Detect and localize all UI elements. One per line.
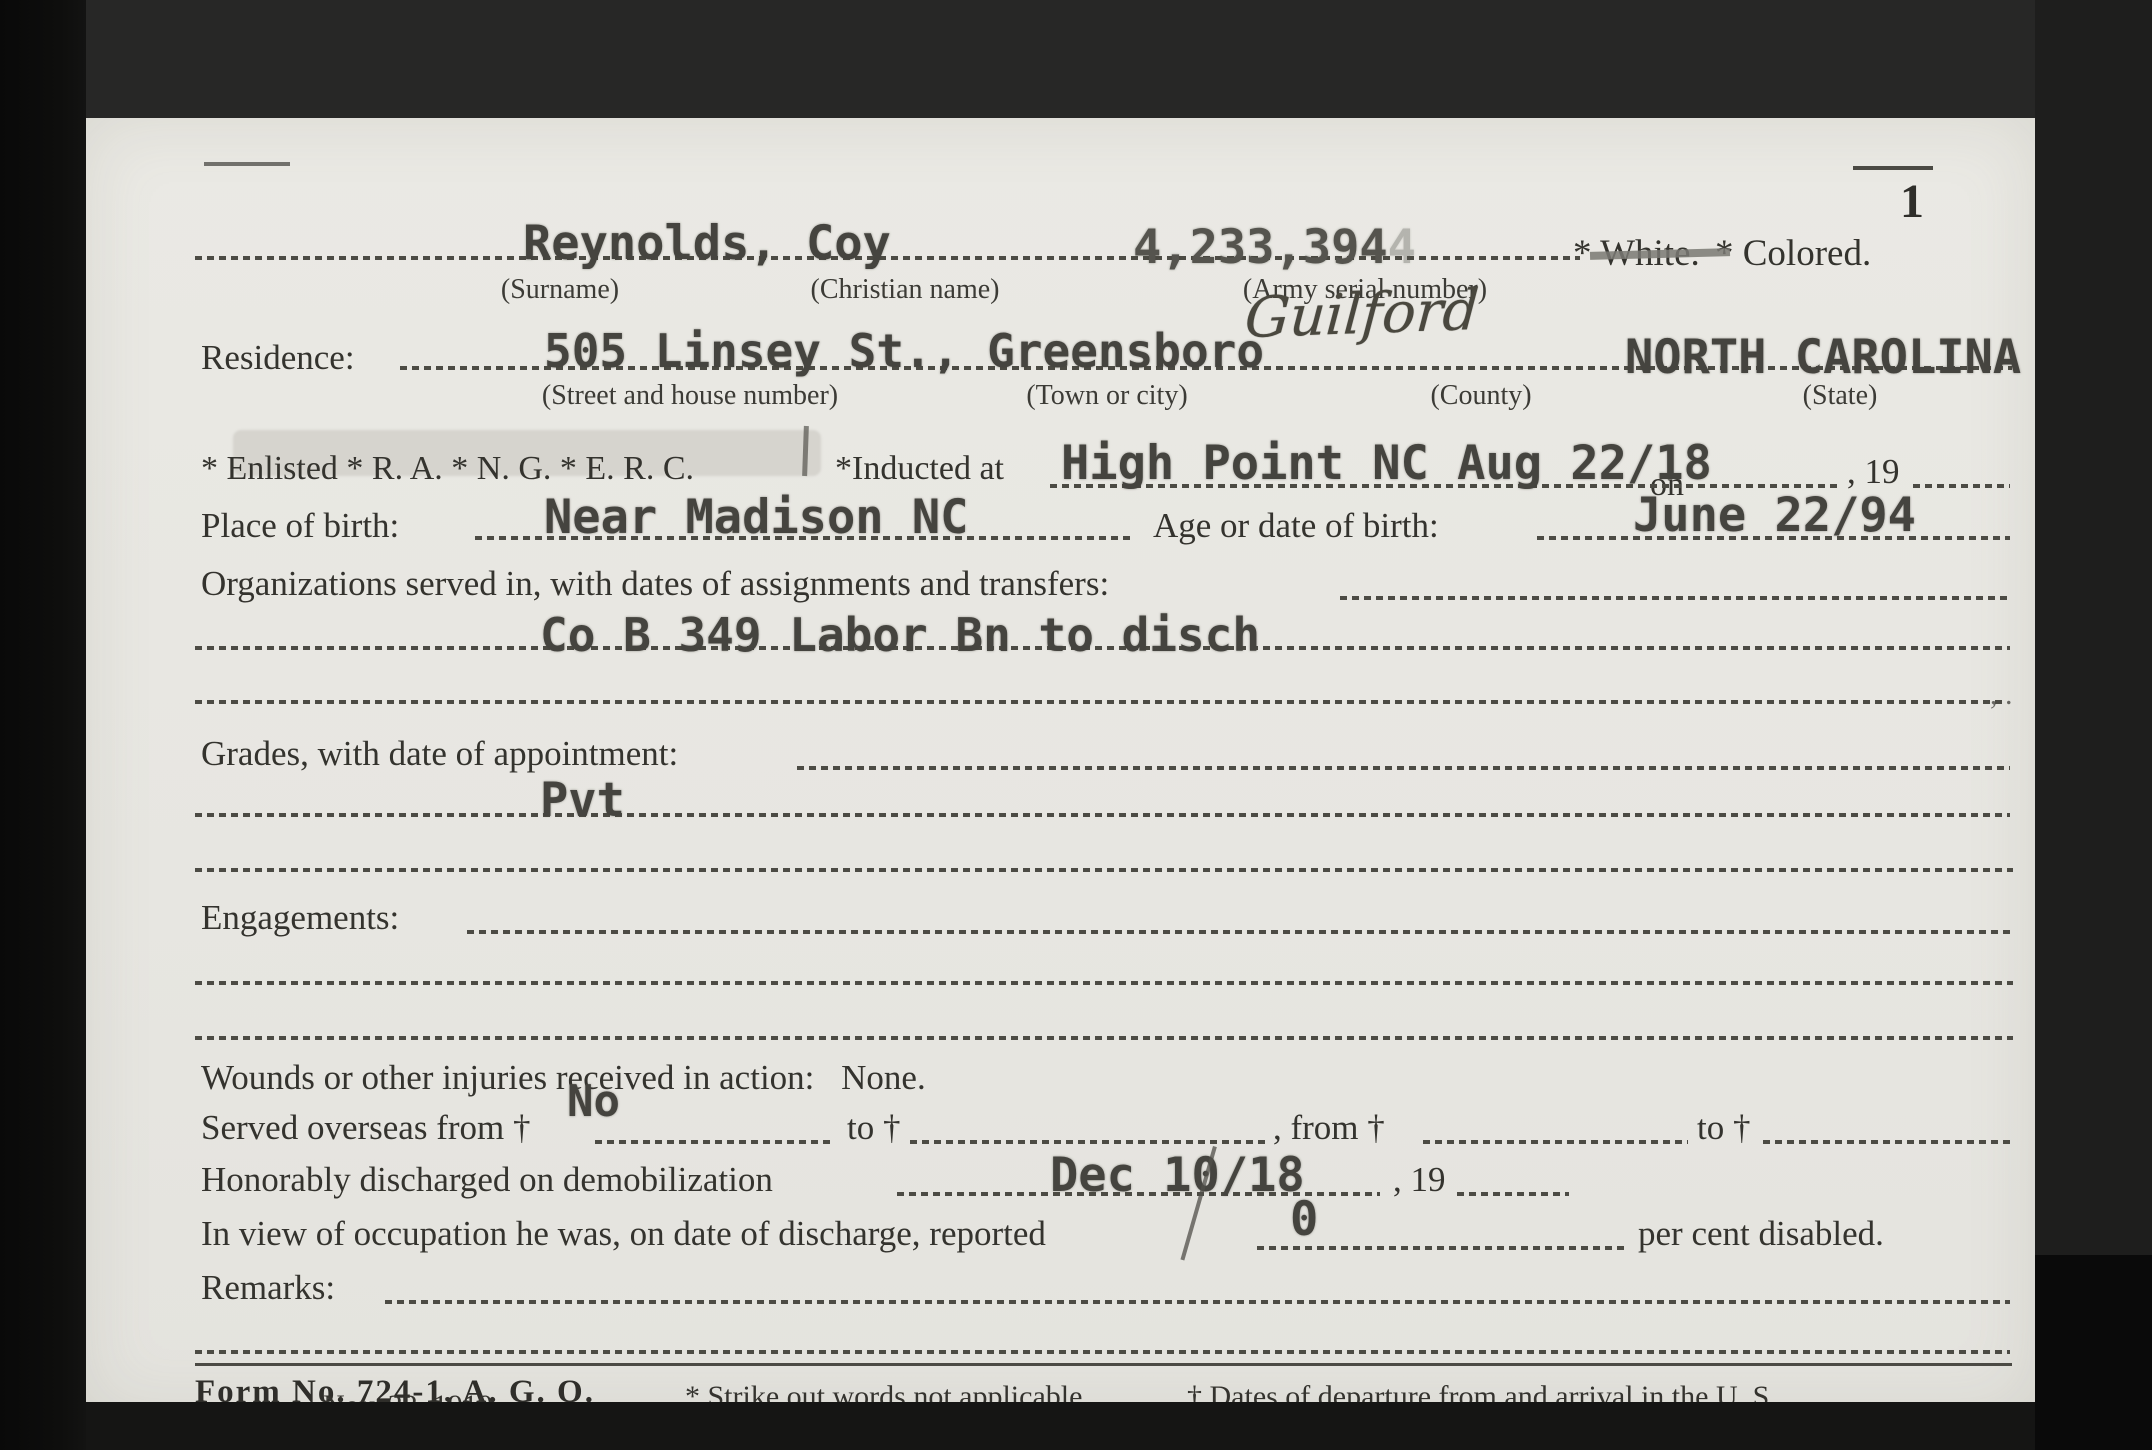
overseas-no-value: No (567, 1076, 620, 1127)
disability-percent-value: 0 (1290, 1192, 1318, 1247)
overseas-dotted-line-2 (910, 1140, 1265, 1144)
scanned-service-card-page: 1 Reynolds, Coy 4,233,3944 * White. * Co… (0, 0, 2152, 1450)
grades-value: Pvt (540, 773, 625, 828)
discharge-year-dotted-line (1457, 1192, 1569, 1196)
grades-entry-dotted-line (195, 813, 2010, 817)
overseas-to-label-1: to † (847, 1108, 900, 1148)
overseas-dotted-line-3 (1423, 1140, 1688, 1144)
discharge-date-value: Dec 10/18 (1050, 1148, 1305, 1203)
name-value: Reynolds, Coy (523, 216, 891, 271)
serial-ghost-digit: 4 (1388, 220, 1416, 275)
scan-corner-dark (2035, 1255, 2152, 1450)
age-date-of-birth-label: Age or date of birth: (1153, 506, 1439, 546)
serial-number-text: 4,233,394 (1133, 220, 1388, 275)
discharge-label: Honorably discharged on demobilization (201, 1160, 773, 1200)
induction-year-dotted-line (1913, 484, 2010, 488)
stray-punctuation-mark: , . (1990, 678, 2013, 712)
induction-year-label: , 19 (1847, 452, 1900, 492)
footer-dotted-rule (195, 1350, 2010, 1354)
date-of-birth-value: June 22/94 (1633, 488, 1916, 543)
overseas-from-label-2: , from † (1273, 1108, 1385, 1148)
place-of-birth-value: Near Madison NC (544, 490, 968, 545)
overseas-dotted-line-1 (595, 1140, 835, 1144)
inducted-at-label: *Inducted at (835, 450, 1004, 488)
street-house-label: (Street and house number) (542, 380, 838, 412)
overseas-dotted-line-4 (1763, 1140, 2010, 1144)
scan-bottom-band (0, 1402, 2152, 1450)
overseas-from-label-1: Served overseas from † (201, 1108, 530, 1148)
wounds-value: None. (841, 1058, 926, 1097)
scan-top-band (0, 0, 2152, 118)
disability-label: In view of occupation he was, on date of… (201, 1214, 1046, 1254)
scan-right-band (2035, 0, 2152, 1450)
grades-dotted-line (797, 766, 2010, 770)
inducted-at-value: High Point NC Aug 22/18 (1061, 436, 1712, 491)
engagements-blank-dotted-line-2 (195, 1036, 2013, 1040)
remarks-label: Remarks: (201, 1268, 335, 1308)
state-value: NORTH CAROLINA (1625, 330, 2021, 385)
serial-number-value: 4,233,3944 (1133, 220, 1416, 275)
organizations-label: Organizations served in, with dates of a… (201, 564, 1109, 604)
page-number-rule (1853, 166, 1933, 170)
remarks-dotted-line (385, 1300, 2010, 1304)
engagements-dotted-line (467, 930, 2010, 934)
wounds-line: Wounds or other injuries received in act… (201, 1058, 926, 1098)
discharge-year-label: , 19 (1393, 1160, 1446, 1200)
engagements-label: Engagements: (201, 898, 399, 938)
organizations-dotted-line (1340, 596, 2008, 600)
street-city-value: 505 Linsey St., Greensboro (544, 324, 1264, 378)
county-handwritten-value: Guilford (1243, 278, 1481, 351)
christian-name-label: (Christian name) (811, 274, 1000, 306)
scan-left-strip (0, 0, 86, 1450)
page-number: 1 (1900, 174, 1924, 229)
place-of-birth-label: Place of birth: (201, 506, 399, 546)
percent-disabled-label: per cent disabled. (1638, 1214, 1884, 1254)
residence-label: Residence: (201, 338, 355, 378)
town-city-label: (Town or city) (1026, 380, 1187, 412)
engagements-blank-dotted-line-1 (195, 981, 2013, 985)
surname-label: (Surname) (501, 274, 619, 306)
overseas-to-label-2: to † (1697, 1108, 1750, 1148)
service-record-card: 1 Reynolds, Coy 4,233,3944 * White. * Co… (85, 118, 2035, 1414)
organizations-blank-dotted-line (195, 700, 2007, 704)
county-label: (County) (1430, 380, 1531, 412)
wounds-label: Wounds or other injuries received in act… (201, 1058, 814, 1097)
footer-solid-rule (195, 1363, 2012, 1366)
pencil-mark (204, 162, 290, 166)
race-colored-option: * Colored. (1715, 232, 1871, 275)
grades-blank-dotted-line (195, 868, 2013, 872)
organizations-value: Co B 349 Labor Bn to disch (540, 608, 1260, 662)
grades-label: Grades, with date of appointment: (201, 734, 678, 774)
enlistment-options-label: * Enlisted * R. A. * N. G. * E. R. C. (201, 450, 694, 488)
